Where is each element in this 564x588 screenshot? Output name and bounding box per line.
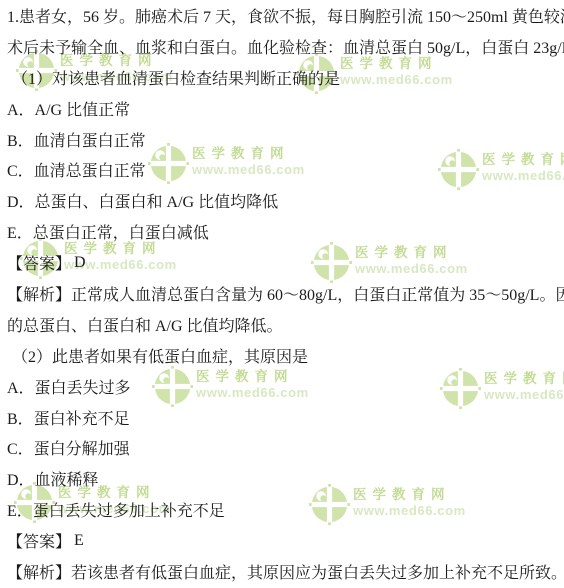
q1-analysis-line-2: 的总蛋白、白蛋白和 A/G 比值均降低。: [7, 309, 564, 340]
q2-option-c: C．蛋白分解加强: [7, 432, 564, 463]
q2-analysis-text: 若该患者有低蛋白血症，其原因应为蛋白丢失过多加上补充不足所致。: [71, 560, 564, 583]
q1-answer-value: D: [74, 254, 86, 272]
q2-option-d: D．血液稀释: [7, 463, 564, 494]
q1-option-b: B．血清白蛋白正常: [7, 124, 564, 155]
q1-answer-label: 【答案】: [7, 251, 71, 274]
q1-option-e: E．总蛋白正常，白蛋白减低: [7, 216, 564, 247]
q1-analysis-label: 【解析】: [7, 282, 71, 305]
q2-option-a: A．蛋白丢失过多: [7, 371, 564, 402]
case-line-1: 1.患者女，56 岁。肺癌术后 7 天，食欲不振，每日胸腔引流 150～250m…: [7, 0, 564, 31]
q1-stem: （1）对该患者血清蛋白检查结果判断正确的是: [7, 62, 564, 93]
q1-analysis-line-1: 【解析】 正常成人血清总蛋白含量为 60～80g/L，白蛋白正常值为 35～50…: [7, 278, 564, 309]
case-line-2: 术后未予输全血、血浆和白蛋白。血化验检查：血清总蛋白 50g/L，白蛋白 23g…: [7, 31, 564, 62]
question-document: 1.患者女，56 岁。肺癌术后 7 天，食欲不振，每日胸腔引流 150～250m…: [0, 0, 564, 588]
q2-stem: （2）此患者如果有低蛋白血症，其原因是: [7, 340, 564, 371]
q1-analysis-text: 正常成人血清总蛋白含量为 60～80g/L，白蛋白正常值为 35～50g/L。因…: [71, 282, 564, 305]
q2-answer-label: 【答案】: [7, 529, 71, 552]
q2-option-b: B．蛋白补充不足: [7, 402, 564, 433]
q2-answer-value: E: [74, 532, 84, 550]
q2-answer-line: 【答案】 E: [7, 525, 564, 556]
q2-analysis-label: 【解析】: [7, 560, 71, 583]
q1-option-a: A．A/G 比值正常: [7, 93, 564, 124]
q2-option-e: E．蛋白丢失过多加上补充不足: [7, 494, 564, 525]
q2-analysis-line-1: 【解析】 若该患者有低蛋白血症，其原因应为蛋白丢失过多加上补充不足所致。: [7, 556, 564, 587]
q1-answer-line: 【答案】 D: [7, 247, 564, 278]
q1-option-d: D．总蛋白、白蛋白和 A/G 比值均降低: [7, 185, 564, 216]
q1-option-c: C．血清总蛋白正常: [7, 154, 564, 185]
